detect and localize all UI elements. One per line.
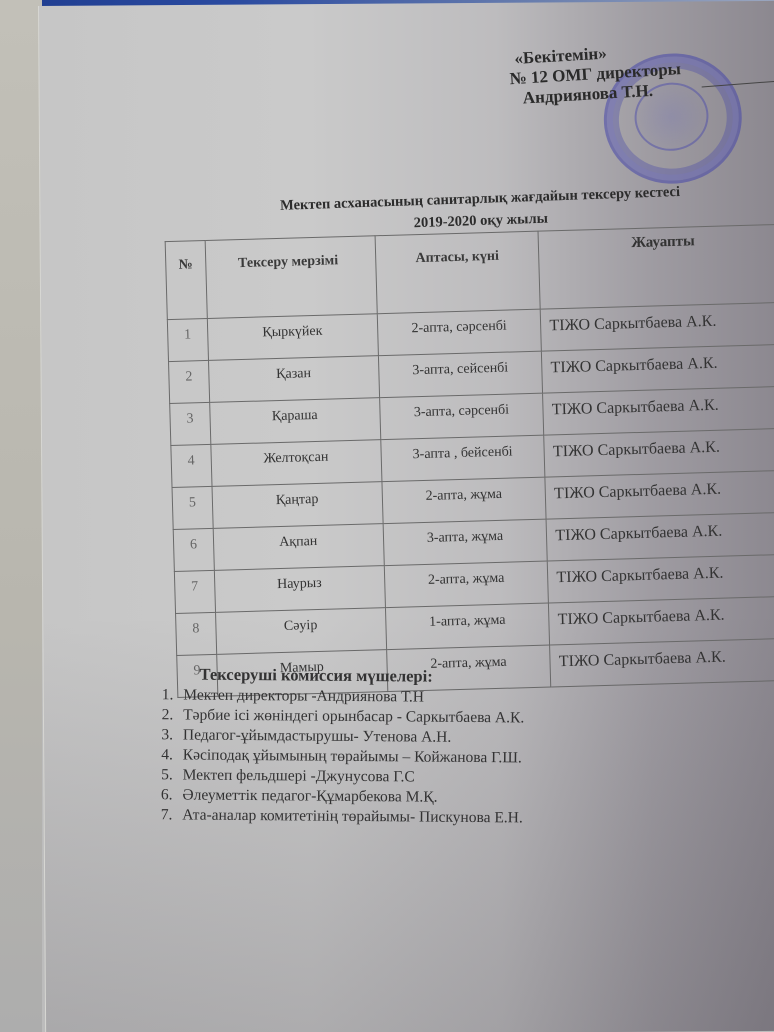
- row-month: Қазан: [208, 356, 379, 403]
- row-responsible: ТІЖО Саркытбаева А.К.: [543, 386, 774, 435]
- row-month: Қыркүйек: [207, 314, 378, 361]
- header-week-day: Аптасы, күні: [375, 231, 541, 314]
- row-number: 5: [172, 486, 213, 529]
- row-week-day: 2-апта, жұма: [382, 477, 547, 524]
- row-number: 2: [169, 360, 210, 403]
- schedule-table-wrap: № Тексеру мерзімі Аптасы, күні Жауапты 1…: [165, 224, 774, 698]
- commission-block: Тексеруші комиссия мүшелері: Мектеп дире…: [152, 663, 673, 830]
- row-responsible: ТІЖО Саркытбаева А.К.: [544, 428, 774, 477]
- row-month: Желтоқсан: [211, 440, 382, 487]
- row-month: Наурыз: [214, 566, 385, 613]
- row-number: 1: [167, 318, 208, 361]
- row-responsible: ТІЖО Саркытбаева А.К.: [545, 470, 774, 519]
- row-number: 3: [170, 402, 211, 445]
- row-week-day: 3-апта, сәрсенбі: [379, 393, 544, 440]
- row-responsible: ТІЖО Саркытбаева А.К.: [546, 512, 774, 561]
- header-check-period: Тексеру мерзімі: [205, 236, 377, 319]
- row-month: Ақпан: [213, 524, 384, 571]
- row-responsible: ТІЖО Саркытбаева А.К.: [548, 554, 774, 603]
- background-surface: [0, 0, 42, 1032]
- row-month: Қаңтар: [212, 482, 383, 529]
- row-week-day: 1-апта, жұма: [385, 603, 550, 650]
- row-week-day: 3-апта, сейсенбі: [378, 351, 543, 398]
- row-week-day: 2-апта, сәрсенбі: [377, 309, 542, 356]
- row-responsible: ТІЖО Саркытбаева А.К.: [549, 596, 774, 645]
- schedule-table: № Тексеру мерзімі Аптасы, күні Жауапты 1…: [165, 224, 774, 698]
- commission-members-list: Мектеп директоры -Андриянова Т.НТәрбие і…: [152, 685, 673, 830]
- header-responsible: Жауапты: [538, 224, 774, 309]
- row-responsible: ТІЖО Саркытбаева А.К.: [541, 302, 774, 351]
- row-month: Қараша: [209, 398, 380, 445]
- row-week-day: 3-апта, жұма: [383, 519, 548, 566]
- row-number: 7: [174, 570, 215, 613]
- row-responsible: ТІЖО Саркытбаева А.К.: [542, 344, 774, 393]
- row-week-day: 3-апта , бейсенбі: [380, 435, 545, 482]
- commission-member: Ата-аналар комитетінің төрайымы- Пискуно…: [176, 805, 672, 829]
- row-week-day: 2-апта, жұма: [384, 561, 549, 608]
- row-number: 8: [176, 612, 217, 655]
- row-month: Сәуір: [215, 608, 386, 655]
- document-page: «Бекітемін» № 12 ОМГ директоры Андриянов…: [38, 1, 774, 1032]
- header-number: №: [165, 240, 207, 319]
- row-number: 4: [171, 444, 212, 487]
- row-number: 6: [173, 528, 214, 571]
